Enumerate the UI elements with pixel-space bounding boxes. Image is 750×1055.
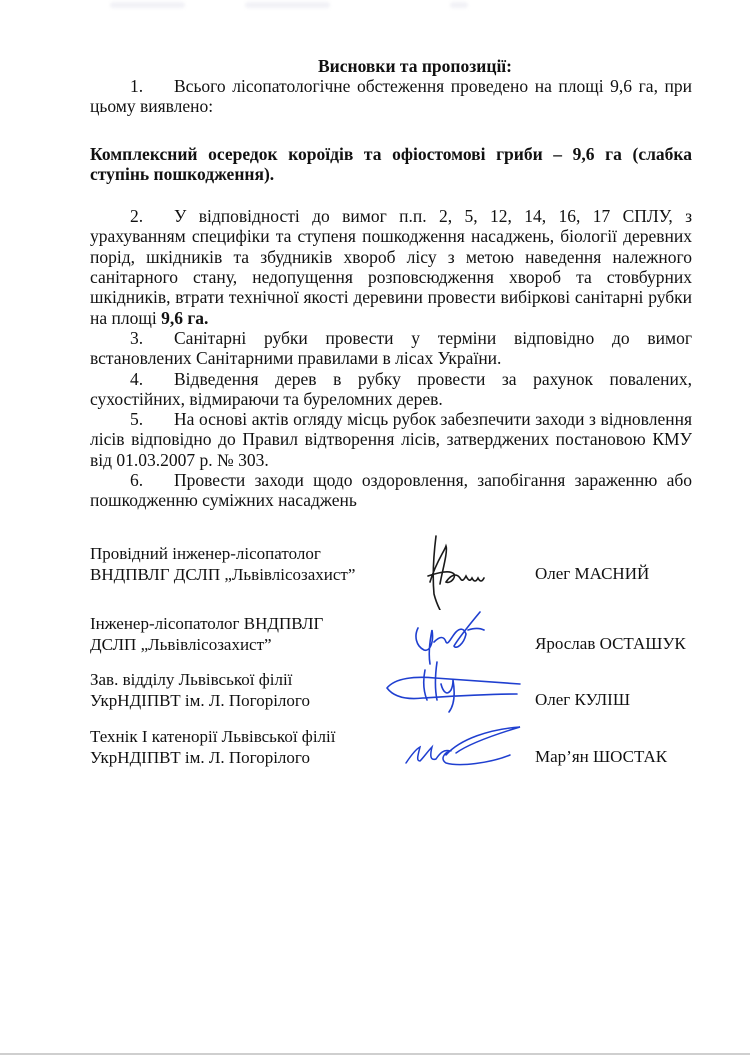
handwritten-signature-icon <box>400 723 530 775</box>
item-6: 6.Провести заходи щодо оздоровлення, зап… <box>90 470 692 511</box>
bleed-through-mark <box>110 2 185 8</box>
signatory-position: Зав. відділу Львівської філії УкрНДІПВТ … <box>90 670 380 711</box>
item-number: 1. <box>130 76 174 96</box>
handwritten-signature-icon <box>420 532 540 610</box>
section-title: Висновки та пропозиції: <box>40 56 750 77</box>
item-4: 4.Відведення дерев в рубку провести за р… <box>90 369 692 410</box>
signatory-position: Інженер-лісопатолог ВНДПВЛГ ДСЛП „Львівл… <box>90 614 380 655</box>
bleed-through-mark <box>245 2 330 8</box>
signatory-position: Технік І катенорії Львівської філії УкрН… <box>90 727 380 768</box>
item-text: Всього лісопатологічне обстеження провед… <box>90 76 692 116</box>
item-number: 2. <box>130 206 174 226</box>
item-number: 6. <box>130 470 174 490</box>
bleed-through-mark <box>450 2 468 8</box>
item-text-bold: 9,6 га. <box>161 308 208 328</box>
item-2: 2.У відповідності до вимог п.п. 2, 5, 12… <box>90 206 692 328</box>
signatory-name: Олег КУЛІШ <box>535 690 630 711</box>
item-1: 1.Всього лісопатологічне обстеження пров… <box>90 76 692 117</box>
item-text: Провести заходи щодо оздоровлення, запоб… <box>90 470 692 510</box>
signatory-position: Провідний інженер-лісопатолог ВНДПВЛГ ДС… <box>90 544 380 585</box>
item-number: 4. <box>130 369 174 389</box>
signatory-name: Ярослав ОСТАШУК <box>535 634 686 655</box>
item-5: 5.На основі актів огляду місць рубок заб… <box>90 409 692 470</box>
item-number: 3. <box>130 328 174 348</box>
item-number: 5. <box>130 409 174 429</box>
signatory-name: Мар’ян ШОСТАК <box>535 747 667 768</box>
document-body: 1.Всього лісопатологічне обстеження пров… <box>90 76 692 511</box>
item-3: 3.Санітарні рубки провести у терміни від… <box>90 328 692 369</box>
signatory-name: Олег МАСНИЙ <box>535 564 649 585</box>
item-text: На основі актів огляду місць рубок забез… <box>90 409 692 470</box>
handwritten-signature-icon <box>375 656 525 716</box>
item-text: Санітарні рубки провести у терміни відпо… <box>90 328 692 368</box>
document-page: Висновки та пропозиції: 1.Всього лісопат… <box>0 0 750 1055</box>
item-text: Відведення дерев в рубку провести за рах… <box>90 369 692 409</box>
finding-paragraph: Комплексний осередок короїдів та офіосто… <box>90 144 692 185</box>
